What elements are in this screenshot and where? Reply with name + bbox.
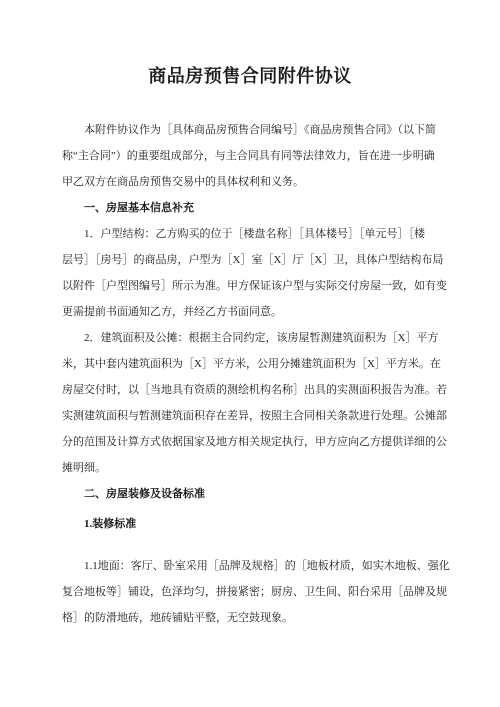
- clause-line: 分的范围及计算方式依据国家及地方相关规定执行，甲方应向乙方提供详细的公: [62, 429, 442, 455]
- clause-line: 格］的防滑地砖，地砖铺贴平整，无空鼓现象。: [62, 605, 442, 631]
- clause-line: 复合地板等］铺设，色泽均匀，拼接紧密；厨房、卫生间、阳台采用［品牌及规: [62, 579, 442, 605]
- contract-document-page: 商品房预售合同附件协议 本附件协议作为［具体商品房预售合同编号］《商品房预售合同…: [0, 0, 500, 707]
- clause-line: 米，其中套内建筑面积为［X］平方米，公用分摊建筑面积为［X］平方米。在: [62, 351, 442, 377]
- intro-paragraph: 本附件协议作为［具体商品房预售合同编号］《商品房预售合同》（以下简 称“主合同”…: [62, 117, 442, 195]
- section1-heading: 一、房屋基本信息补充: [62, 195, 442, 221]
- clause-line: 1．户型结构：乙方购买的位于［楼盘名称］［具体楼号］［单元号］［楼: [62, 221, 442, 247]
- section2-clause1-paragraph: 1.1地面：客厅、卧室采用［品牌及规格］的［地板材质，如实木地板、强化 复合地板…: [62, 553, 442, 631]
- section2-heading: 二、房屋装修及设备标准: [62, 481, 442, 507]
- clause-line: 摊明细。: [62, 455, 442, 481]
- clause-line: 以附件［户型图编号］所示为准。甲方保证该户型与实际交付房屋一致，如有变: [62, 273, 442, 299]
- clause-line: 1.1地面：客厅、卧室采用［品牌及规格］的［地板材质，如实木地板、强化: [62, 553, 442, 579]
- clause-line: 层号］［房号］的商品房，户型为［X］室［X］厅［X］卫，具体户型结构布局: [62, 247, 442, 273]
- clause-line: 2．建筑面积及公摊：根据主合同约定，该房屋暂测建筑面积为［X］平方: [62, 325, 442, 351]
- document-body: 本附件协议作为［具体商品房预售合同编号］《商品房预售合同》（以下简 称“主合同”…: [62, 117, 442, 631]
- section1-clause1-paragraph: 1．户型结构：乙方购买的位于［楼盘名称］［具体楼号］［单元号］［楼 层号］［房号…: [62, 221, 442, 325]
- clause-line: 实测建筑面积与暂测建筑面积存在差异，按照主合同相关条款进行处理。公摊部: [62, 403, 442, 429]
- clause-line: 更需提前书面通知乙方，并经乙方书面同意。: [62, 299, 442, 325]
- document-title: 商品房预售合同附件协议: [0, 62, 500, 88]
- section1-clause2-paragraph: 2．建筑面积及公摊：根据主合同约定，该房屋暂测建筑面积为［X］平方 米，其中套内…: [62, 325, 442, 481]
- intro-line: 本附件协议作为［具体商品房预售合同编号］《商品房预售合同》（以下简: [62, 117, 442, 143]
- intro-line: 称“主合同”）的重要组成部分，与主合同具有同等法律效力，旨在进一步明确: [62, 143, 442, 169]
- clause-line: 房屋交付时，以［当地具有资质的测绘机构名称］出具的实测面积报告为准。若: [62, 377, 442, 403]
- section2-subheading: 1.装修标准: [62, 511, 442, 537]
- intro-line: 甲乙双方在商品房预售交易中的具体权利和义务。: [62, 169, 442, 195]
